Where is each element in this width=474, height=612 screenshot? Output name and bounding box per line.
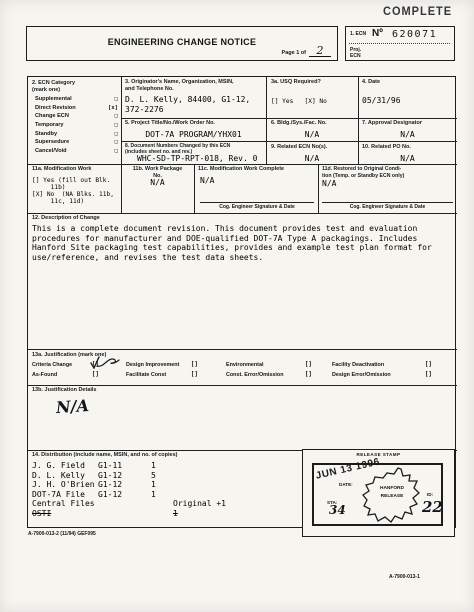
signature-line	[322, 202, 453, 203]
related-po-label: 10. Related PO No.	[362, 144, 411, 151]
mod-work-label: 11a. Modification Work	[32, 166, 92, 173]
release-stamp-box: RELEASE STAMP JUN 13 1996 DATE: STA: 34 …	[302, 449, 455, 537]
option-label: Environmental	[226, 362, 263, 368]
release-stamp-inner: JUN 13 1996 DATE: STA: 34 HANFORD RELEAS…	[312, 463, 443, 526]
distribution-copies-struck: 1	[151, 509, 297, 519]
checkbox: []	[191, 371, 198, 378]
divider	[194, 164, 195, 213]
divider	[121, 77, 122, 213]
ecn-category-option: Cancel/Void□	[35, 147, 118, 156]
approval-label: 7. Approval Designator	[362, 120, 422, 127]
release-org-line1: HANFORD	[358, 486, 426, 491]
page-code-footer: A-7900-013-1	[389, 574, 420, 580]
justification-item: Facility Deactivation[]	[332, 361, 432, 368]
divider	[28, 385, 457, 386]
description-label: 12. Description of Change	[32, 215, 100, 222]
distribution-copies: 1	[151, 461, 297, 471]
option-label: Standby	[35, 131, 57, 137]
ecn-number-box: 1. ECN Nº 620071 Proj. ECN	[345, 26, 455, 61]
distribution-msin	[98, 509, 151, 519]
option-label: Temporary	[35, 122, 64, 128]
originator-value: D. L. Kelly, 84400, G1-12, 372-2276	[125, 95, 250, 114]
checkbox: []	[305, 371, 312, 378]
distribution-msin	[98, 499, 151, 509]
distribution-name: J. H. O'Brien	[32, 480, 98, 490]
mod-work-yes-option: [] Yes (fill out Blk. 11b)	[32, 177, 110, 192]
complete-stamp: COMPLETE	[383, 6, 452, 19]
checkbox: []	[191, 361, 198, 368]
documents-value: WHC-SD-TP-RPT-018, Rev. 0	[137, 154, 257, 164]
approval-value: N/A	[358, 130, 457, 140]
option-label: Direct Revision	[35, 105, 76, 111]
checkbox: □	[115, 148, 118, 154]
option-label: Supplemental	[35, 96, 72, 102]
distribution-msin: G1-11	[98, 461, 151, 471]
release-date-label: DATE:	[339, 482, 353, 487]
justification-item: Const. Error/Omission[]	[226, 371, 312, 378]
bldg-value: N/A	[266, 130, 358, 140]
checkbox: □	[115, 96, 118, 102]
checkbox: □	[115, 139, 118, 145]
ecn-no-symbol: Nº	[372, 28, 383, 39]
page-count-value-handwritten: 2	[309, 45, 331, 57]
distribution-msin: G1-12	[98, 480, 151, 490]
divider	[266, 77, 267, 164]
ecn-category-option: Supersedure□	[35, 138, 118, 147]
distribution-label: 14. Distribution (include name, MSIN, an…	[32, 452, 177, 459]
checkbox-checked: [x]	[108, 105, 118, 111]
distribution-copies: 1	[151, 490, 297, 500]
form-number-footer: A-7900-013-2 (11/94) GEF095	[28, 531, 96, 537]
ecn-category-option: Temporary□	[35, 121, 118, 130]
justification-col3: Environmental[] Const. Error/Omission[]	[226, 361, 312, 378]
option-label: Supersedure	[35, 139, 69, 145]
option-label: Facility Deactivation	[332, 362, 384, 368]
project-label: 5. Project Title/No./Work Order No.	[125, 120, 215, 127]
checkbox: []	[305, 361, 312, 368]
distribution-msin: G1-12	[98, 471, 151, 481]
ecn-category-option: Change ECN□	[35, 112, 118, 121]
justification-item: Facilitate Const[]	[126, 371, 198, 378]
release-id-label: ID:	[427, 492, 433, 497]
ecn-box-divider	[349, 43, 450, 44]
divider	[318, 164, 319, 213]
originator-label: 3. Originator's Name, Organization, MSIN…	[125, 79, 234, 93]
distribution-copies: Original +1	[151, 499, 297, 509]
distribution-copies: 5	[151, 471, 297, 481]
divider	[358, 77, 359, 164]
ecn-field-label: 1. ECN	[350, 31, 366, 37]
distribution-list: J. G. FieldG1-111 D. L. KellyG1-125 J. H…	[32, 461, 297, 519]
restored-signature-label: Cog. Engineer Signature & Date	[322, 204, 453, 210]
handwritten-check-icon	[86, 353, 126, 373]
justification-item: Design Improvement[]	[126, 361, 198, 368]
checkbox: []	[425, 371, 432, 378]
date-value: 05/31/96	[362, 96, 401, 106]
checkbox: □	[115, 113, 118, 119]
proj-ecn-label: Proj. ECN	[350, 47, 361, 59]
divider	[28, 164, 457, 165]
ecn-category-option: Direct Revision[x]	[35, 104, 118, 113]
ecn-category-option: Standby□	[35, 129, 118, 138]
ecn-number-value: 620071	[392, 29, 437, 40]
bldg-label: 6. Bldg./Sys./Fac. No.	[271, 120, 327, 127]
option-label: Change ECN	[35, 113, 69, 119]
related-po-value: N/A	[358, 154, 457, 164]
mod-complete-label: 11c. Modification Work Complete	[198, 166, 284, 173]
option-label: As-Found	[32, 372, 57, 378]
checkbox: □	[115, 131, 118, 137]
divider	[28, 213, 457, 214]
distribution-msin: G1-12	[98, 490, 151, 500]
checkbox: []	[425, 361, 432, 368]
divider	[121, 141, 457, 142]
checkbox: □	[115, 122, 118, 128]
date-label: 4. Date	[362, 79, 380, 86]
ecn-category-options: Supplemental□ Direct Revision[x] Change …	[35, 95, 118, 155]
description-text: This is a complete document revision. Th…	[32, 224, 453, 262]
page-count-label: Page 1 of	[282, 50, 306, 56]
related-ecn-value: N/A	[266, 154, 358, 164]
justification-col4: Facility Deactivation[] Design Error/Omi…	[332, 361, 432, 378]
option-label: Const. Error/Omission	[226, 372, 284, 378]
distribution-name-struck: OSTI	[32, 509, 98, 519]
release-id-value-handwritten: 22	[422, 498, 443, 516]
distribution-name: Central Files	[32, 499, 98, 509]
engineering-change-notice-form: COMPLETE ENGINEERING CHANGE NOTICE Page …	[0, 0, 474, 612]
project-value: DOT-7A PROGRAM/YHX01	[125, 130, 262, 140]
justification-details-value-handwritten: N/A	[55, 396, 89, 417]
header-title-box: ENGINEERING CHANGE NOTICE Page 1 of 2	[26, 26, 338, 61]
justification-item: Design Error/Omission[]	[332, 371, 432, 378]
release-org-line2: RELEASE	[358, 494, 426, 499]
option-label: Design Error/Omission	[332, 372, 391, 378]
ecn-category-option: Supplemental□	[35, 95, 118, 104]
ecn-category-label: 2. ECN Category (mark one)	[32, 80, 75, 94]
mod-work-no-option: [X] No (NA Blks. 11b, 11c, 11d)	[32, 191, 114, 206]
distribution-copies: 1	[151, 480, 297, 490]
page-count: Page 1 of 2	[282, 45, 331, 57]
hanford-site-outline: HANFORD RELEASE	[358, 466, 426, 524]
distribution-name: DOT-7A File	[32, 490, 98, 500]
related-ecn-label: 9. Related ECN No(s).	[271, 144, 327, 151]
mod-complete-signature-label: Cog. Engineer Signature & Date	[198, 204, 316, 210]
distribution-name: J. G. Field	[32, 461, 98, 471]
option-label: Criteria Change	[32, 362, 72, 368]
justification-col2: Design Improvement[] Facilitate Const[]	[126, 361, 198, 378]
justification-details-label: 13b. Justification Details	[32, 387, 97, 394]
usq-label: 3a. USQ Required?	[271, 79, 321, 86]
divider	[121, 118, 457, 119]
work-package-value: N/A	[121, 178, 194, 188]
signature-line	[200, 202, 314, 203]
option-label: Cancel/Void	[35, 148, 67, 154]
divider	[28, 349, 457, 350]
restored-label: 11d. Restored to Original Condi- tion (T…	[322, 166, 404, 179]
restored-value: N/A	[322, 179, 336, 189]
usq-value: [] Yes [X] No	[271, 98, 327, 105]
release-sta-value-handwritten: 34	[329, 503, 346, 517]
mod-complete-value: N/A	[200, 176, 214, 186]
justification-item: Environmental[]	[226, 361, 312, 368]
distribution-name: D. L. Kelly	[32, 471, 98, 481]
option-label: Facilitate Const	[126, 372, 166, 378]
option-label: Design Improvement	[126, 362, 179, 368]
